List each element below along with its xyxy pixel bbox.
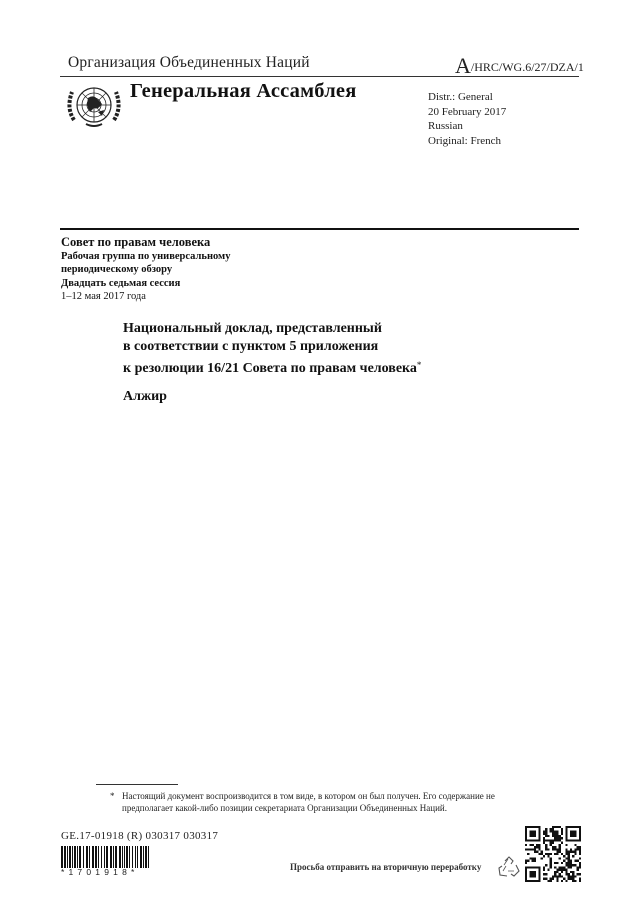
body-title: Генеральная Ассамблея	[130, 80, 357, 103]
report-title-line3: к резолюции 16/21 Совета по правам челов…	[123, 361, 417, 376]
working-group-line2: периодическому обзору	[61, 263, 230, 277]
session: Двадцать седьмая сессия	[61, 277, 230, 291]
footnote-text: Настоящий документ воспроизводится в том…	[122, 790, 510, 814]
working-group-line1: Рабочая группа по универсальному	[61, 250, 230, 264]
footnote-rule	[96, 784, 178, 785]
country-name: Алжир	[123, 389, 167, 405]
language: Russian	[428, 119, 506, 134]
symbol-rest: /HRC/WG.6/27/DZA/1	[471, 60, 584, 74]
un-emblem-icon	[64, 80, 124, 130]
distribution-block: Distr.: General 20 February 2017 Russian…	[428, 90, 506, 148]
organization-name: Организация Объединенных Наций	[68, 54, 310, 72]
report-title-line1: Национальный доклад, представленный	[123, 320, 421, 338]
barcode-icon	[61, 846, 149, 868]
issue-date: 20 February 2017	[428, 105, 506, 120]
session-dates: 1–12 мая 2017 года	[61, 290, 230, 304]
recycle-icon	[496, 855, 522, 879]
header-rule	[60, 76, 579, 77]
council-block: Совет по правам человека Рабочая группа …	[61, 236, 230, 304]
barcode-text: *1701918*	[61, 867, 139, 877]
job-number: GE.17-01918 (R) 030317 030317	[61, 830, 218, 842]
qr-code-icon	[525, 826, 581, 882]
council-name: Совет по правам человека	[61, 236, 230, 250]
report-title: Национальный доклад, представленный в со…	[123, 320, 421, 378]
original-language: Original: French	[428, 134, 506, 149]
footnote: * Настоящий документ воспроизводится в т…	[110, 790, 510, 814]
footnote-reference[interactable]: *	[417, 360, 422, 370]
footnote-mark: *	[110, 790, 115, 802]
thick-rule	[60, 228, 579, 230]
distr-status: Distr.: General	[428, 90, 506, 105]
recycle-text: Просьба отправить на вторичную переработ…	[290, 862, 481, 872]
symbol-prefix: A	[455, 53, 471, 78]
report-title-line2: в соответствии с пунктом 5 приложения	[123, 338, 421, 356]
